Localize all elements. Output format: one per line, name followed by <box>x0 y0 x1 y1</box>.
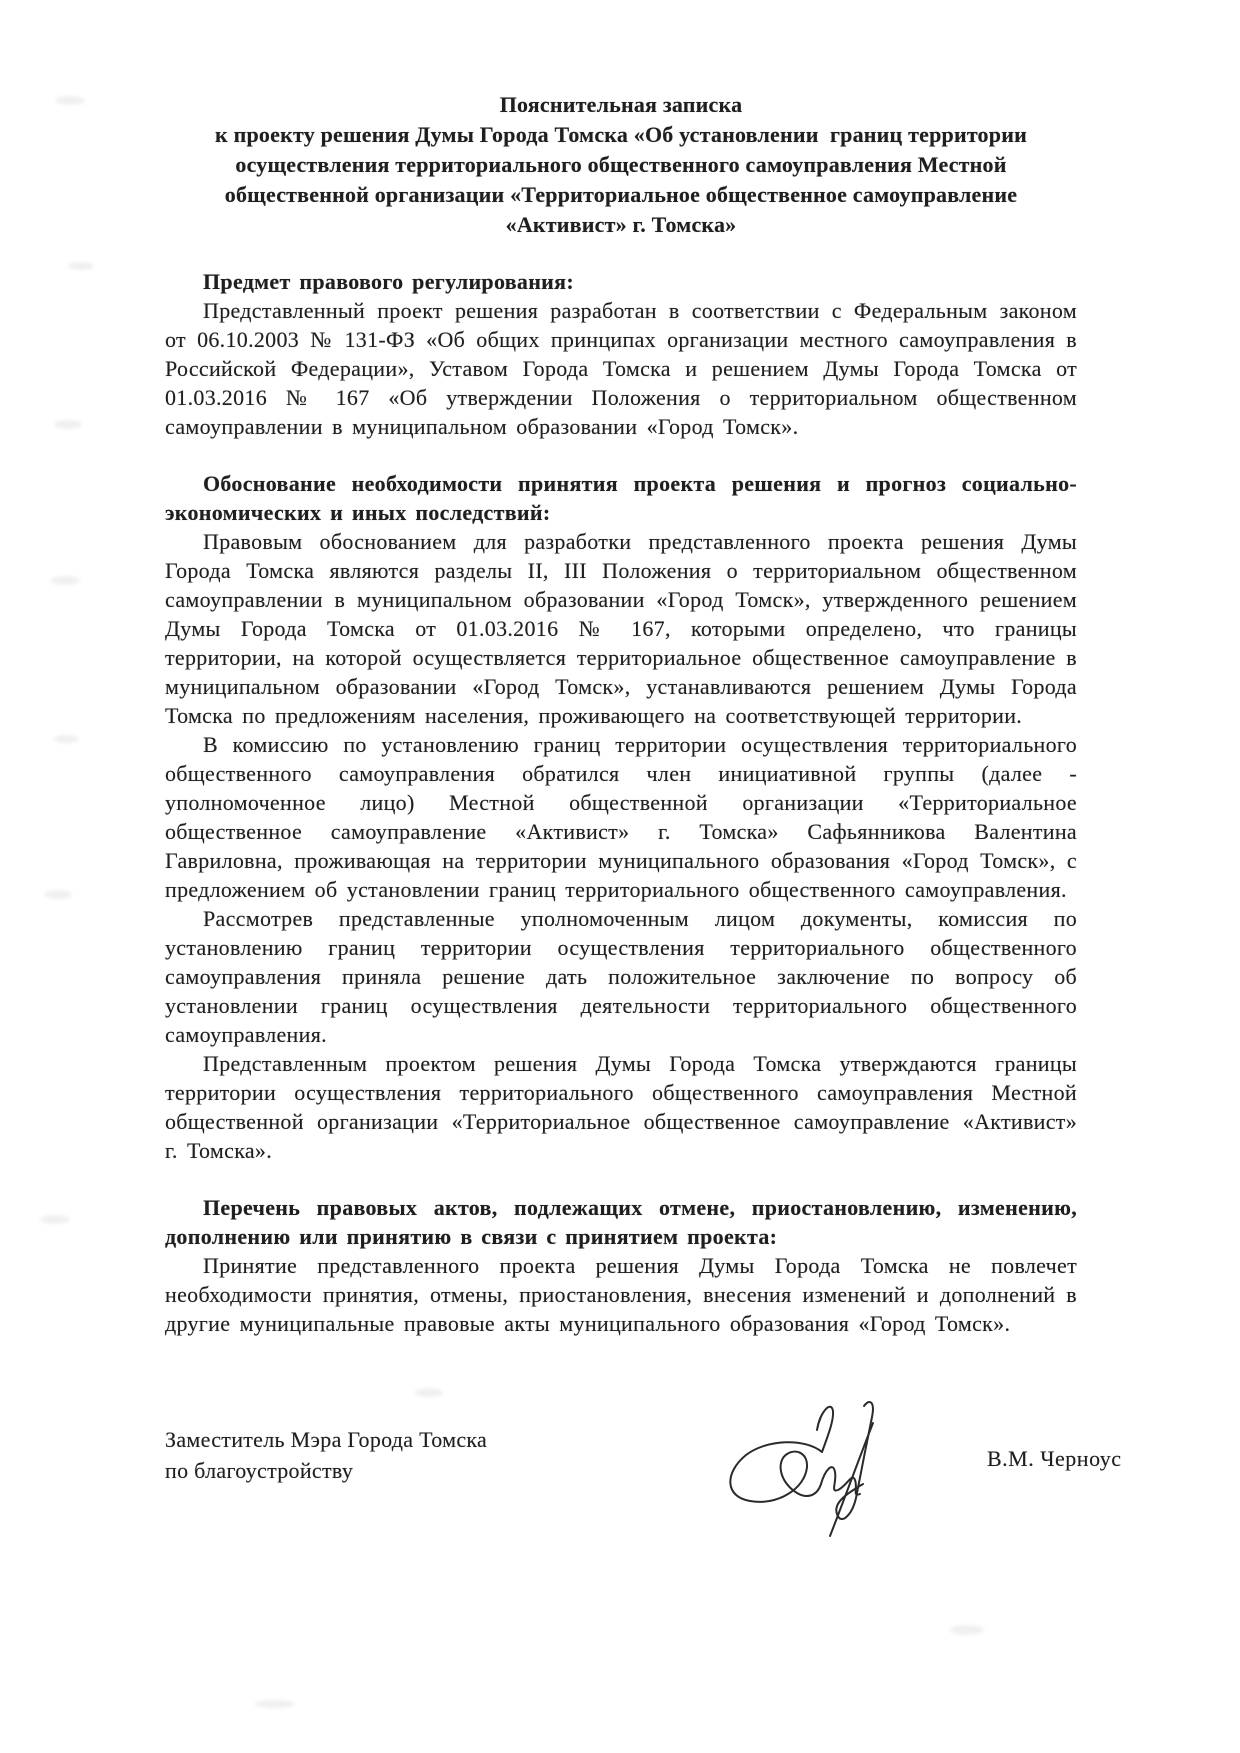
document-content: Пояснительная записка к проекту решения … <box>165 0 1077 1574</box>
signature-block: Заместитель Мэра Города Томска по благоу… <box>165 1424 1077 1574</box>
title-line: к проекту решения Думы Города Томска «Об… <box>165 120 1077 150</box>
scan-artifact <box>950 1625 984 1635</box>
paragraph: Правовым обоснованием для разработки пре… <box>165 527 1077 730</box>
signatory-position-line: по благоустройству <box>165 1455 487 1486</box>
section-heading: Обоснование необходимости принятия проек… <box>165 469 1077 527</box>
scanned-document-page: Пояснительная записка к проекту решения … <box>0 0 1240 1753</box>
scan-artifact <box>68 262 94 270</box>
scan-artifact <box>50 576 80 585</box>
paragraph: В комиссию по установлению границ террит… <box>165 730 1077 904</box>
scan-artifact <box>54 420 82 429</box>
signatory-position-line: Заместитель Мэра Города Томска <box>165 1424 487 1455</box>
scan-artifact <box>44 890 72 899</box>
paragraph: Принятие представленного проекта решения… <box>165 1251 1077 1338</box>
title-line: осуществления территориального обществен… <box>165 150 1077 180</box>
handwritten-signature-icon <box>717 1396 897 1551</box>
signatory-name: В.М. Черноус <box>987 1446 1122 1472</box>
scan-artifact <box>54 735 79 743</box>
title-line: общественной организации «Территориально… <box>165 180 1077 210</box>
paragraph: Рассмотрев представленные уполномоченным… <box>165 904 1077 1049</box>
section-subject-of-regulation: Предмет правового регулирования: Предста… <box>165 267 1077 441</box>
title-line: Пояснительная записка <box>165 90 1077 120</box>
section-heading: Перечень правовых актов, подлежащих отме… <box>165 1193 1077 1251</box>
paragraph: Представленным проектом решения Думы Гор… <box>165 1049 1077 1165</box>
signatory-position: Заместитель Мэра Города Томска по благоу… <box>165 1424 487 1486</box>
section-list-of-legal-acts: Перечень правовых актов, подлежащих отме… <box>165 1193 1077 1338</box>
scan-artifact <box>255 1700 295 1708</box>
document-title: Пояснительная записка к проекту решения … <box>165 90 1077 240</box>
paragraph: Представленный проект решения разработан… <box>165 296 1077 441</box>
section-justification: Обоснование необходимости принятия проек… <box>165 469 1077 1165</box>
scan-artifact <box>40 1215 70 1224</box>
scan-artifact <box>55 96 85 105</box>
section-heading: Предмет правового регулирования: <box>165 267 1077 296</box>
title-line: «Активист» г. Томска» <box>165 210 1077 240</box>
